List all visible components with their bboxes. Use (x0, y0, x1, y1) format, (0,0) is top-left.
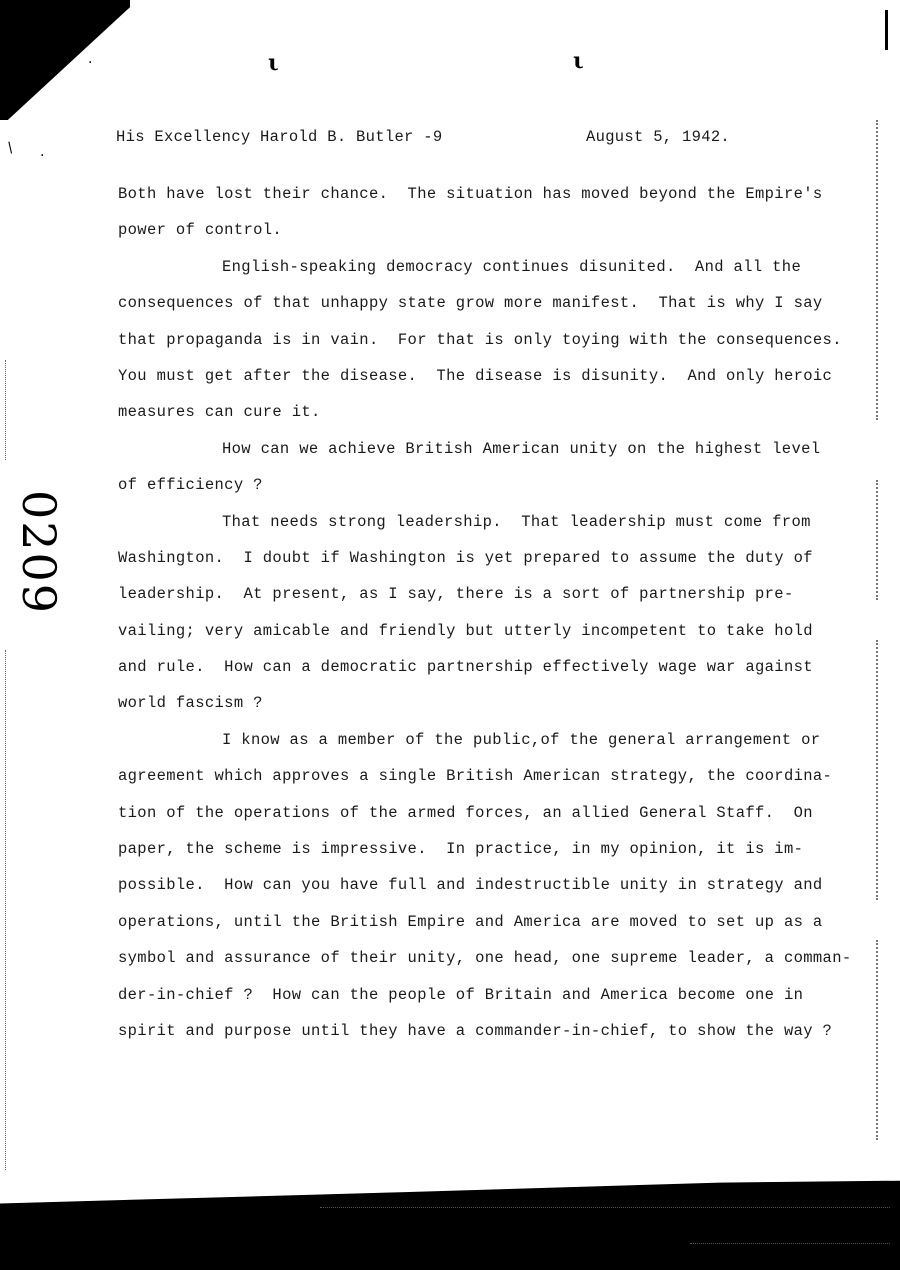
text-line: Washington. I doubt if Washington is yet… (118, 548, 818, 584)
text-line: English-speaking democracy continues dis… (118, 257, 818, 293)
text-line: world fascism ? (118, 693, 818, 729)
text-line: and rule. How can a democratic partnersh… (118, 657, 818, 693)
paragraph: English-speaking democracy continues dis… (118, 257, 818, 439)
scan-edge-line (690, 1243, 890, 1245)
handwritten-tick-mark: ι (268, 50, 279, 76)
text-line: How can we achieve British American unit… (118, 439, 818, 475)
scan-edge-line (320, 1207, 890, 1209)
stray-dot: · (40, 148, 44, 164)
text-line: I know as a member of the public,of the … (118, 730, 818, 766)
margin-page-stamp: 0209 (14, 490, 64, 610)
paragraph: Both have lost their chance. The situati… (118, 184, 818, 257)
text-line: That needs strong leadership. That leade… (118, 512, 818, 548)
paragraph: I know as a member of the public,of the … (118, 730, 818, 1058)
scan-corner-shadow (0, 0, 130, 120)
text-line: consequences of that unhappy state grow … (118, 293, 818, 329)
text-line: symbol and assurance of their unity, one… (118, 948, 818, 984)
text-line: You must get after the disease. The dise… (118, 366, 818, 402)
stray-pen-mark: / (4, 140, 16, 156)
text-line: agreement which approves a single Britis… (118, 766, 818, 802)
scan-right-edge-mark (885, 10, 888, 50)
text-line: der-in-chief ? How can the people of Bri… (118, 985, 818, 1021)
text-line: power of control. (118, 220, 818, 256)
paragraph: That needs strong leadership. That leade… (118, 512, 818, 730)
stray-dot: · (88, 55, 92, 71)
text-line: that propaganda is in vain. For that is … (118, 330, 818, 366)
letter-body: Both have lost their chance. The situati… (118, 184, 818, 1057)
text-line: measures can cure it. (118, 402, 818, 438)
scan-left-edge-noise (5, 360, 7, 460)
text-line: Both have lost their chance. The situati… (118, 184, 818, 220)
scan-right-edge-noise (876, 120, 880, 420)
text-line: vailing; very amicable and friendly but … (118, 621, 818, 657)
scanned-letter-page: / · · ι ι 0209 His Excellency Harold B. … (0, 0, 900, 1270)
scan-bottom-shadow (0, 1175, 900, 1270)
text-line: paper, the scheme is impressive. In prac… (118, 839, 818, 875)
scan-left-edge-noise (5, 650, 7, 1170)
text-line: leadership. At present, as I say, there … (118, 584, 818, 620)
scan-right-edge-noise (876, 480, 880, 600)
handwritten-tick-mark: ι (573, 48, 584, 74)
text-line: tion of the operations of the armed forc… (118, 803, 818, 839)
scan-right-edge-noise (876, 940, 880, 1140)
text-line: possible. How can you have full and inde… (118, 875, 818, 911)
scan-right-edge-noise (876, 640, 880, 900)
text-line: spirit and purpose until they have a com… (118, 1021, 818, 1057)
addressee-line: His Excellency Harold B. Butler -9 (116, 128, 442, 146)
text-line: operations, until the British Empire and… (118, 912, 818, 948)
text-line: of efficiency ? (118, 475, 818, 511)
paragraph: How can we achieve British American unit… (118, 439, 818, 512)
letter-date: August 5, 1942. (586, 128, 730, 146)
